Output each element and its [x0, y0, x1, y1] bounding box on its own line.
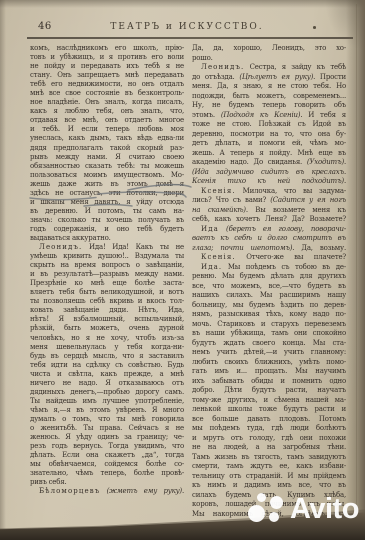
dialogue-text: добро. Дѣти будутъ расти, научатъ: [192, 386, 346, 394]
dialogue-text: жешь даже жить въ этомъ домѣ—я: [30, 180, 184, 188]
text-line: глаза; почти шепотомъ). Да, возьму.: [192, 244, 346, 254]
dialogue-text: товъ и убѣжищъ, и я противъ его воли: [30, 53, 184, 61]
dialogue-text: Ида! Ида! Какъ ты не: [82, 243, 184, 251]
text-line: тебя идти на сдѣлку съ совѣстью. Будь: [30, 361, 184, 370]
stage-direction: (Цѣлуетъ ея руку).: [239, 73, 315, 81]
text-line: себѣ, какъ хочетъ Леня? Да? Возьмете?: [192, 215, 346, 225]
text-line: и тебѣ. И если теперь любовь моя: [30, 125, 184, 134]
dialogue-text: тому-же другихъ, и сѣмена нашей ма-: [192, 396, 346, 404]
text-line: Ида (беретъ ея голову, поворачи-: [192, 225, 346, 235]
text-line: дядя предполагалъ такой скорый раз-: [30, 144, 184, 153]
text-line: скрыть на время вопросъ о завѣщаніи,: [30, 261, 184, 270]
dialogue-text: дядя предполагалъ такой скорый раз-: [30, 144, 184, 152]
stage-direction: (беретъ ея голову, поворачи-: [219, 225, 346, 233]
stage-direction: (Уходитъ).: [307, 158, 346, 166]
text-line: рѣзкій, быть можетъ, очень дурной: [30, 324, 184, 333]
dialogue-text: И тебя я: [302, 111, 346, 119]
text-line: не пойду и передавать ихъ тебѣ я не: [30, 62, 184, 71]
text-line: Ты найдешь имъ лучшее употребленіе,: [30, 397, 184, 406]
avito-logo-circle: [269, 512, 279, 522]
text-line: ничего не надо. Я отказываюсь отъ: [30, 379, 184, 388]
speaker-name: Бѣломорцевъ: [39, 487, 100, 495]
dialogue-text: Да, да, хорошо, Леонидъ, это хо-: [192, 44, 346, 52]
text-line: лись? Что съ вами? (Садится у ея ногъ: [192, 196, 346, 206]
text-line: ленькой школы тоже будутъ расти и: [192, 405, 346, 415]
dialogue-text: Ну, не будемъ теперь говорить объ: [192, 101, 346, 109]
text-line: подожди, быть можетъ, современемъ...: [192, 92, 346, 102]
dialogue-text: смерти, тамъ ждутъ ее, какъ избави-: [192, 462, 346, 470]
dialogue-text: ничего не надо. Я отказываюсь отъ: [30, 379, 184, 387]
dialogue-text: лись? Что съ вами?: [192, 196, 270, 204]
dialogue-text: чѣмъ я,—я въ этомъ увѣренъ. Я много: [30, 406, 184, 414]
text-line: гать имъ и... прощать. Мы научимъ: [192, 367, 346, 377]
speaker-name: Ида.: [201, 263, 222, 271]
dialogue-text: ное владѣніе. Онъ зналъ, когда писалъ,: [30, 98, 184, 106]
text-line: нямъ, разыскивая тѣхъ, кому надо по-: [192, 310, 346, 320]
dialogue-text: деревню, посмотри на то, что она бу-: [192, 130, 346, 138]
dialogue-text: въ деревню. И потомъ, ты самъ на-: [30, 207, 184, 215]
text-line: все больше давать плодовъ. Потомъ: [192, 415, 346, 425]
text-line: выдаваться аккуратно.: [30, 234, 184, 243]
dialogue-text: выдаваться аккуратно.: [30, 234, 111, 242]
text-line: все, что можемъ, все,—что будетъ въ: [192, 282, 346, 292]
dialogue-text: стану. Онъ запрещаетъ мнѣ передавать: [30, 71, 184, 79]
dialogue-text: тоже не стою. Поѣзжай съ Идой въ: [192, 120, 346, 128]
text-line: и мрутъ отъ голоду, гдѣ они похожи: [192, 434, 346, 444]
dialogue-text: въ наши убѣжища, тамъ они спокойно: [192, 329, 346, 337]
text-line: тебѣ его недвижимости, но онъ отдалъ: [30, 80, 184, 89]
dialogue-text: мнѣ все свое состояніе въ безконтроль-: [30, 89, 184, 97]
dialogue-text: ленькой школы тоже будутъ расти и: [192, 405, 346, 413]
text-line: стану. Онъ запрещаетъ мнѣ передавать: [30, 71, 184, 80]
speaker-name: Леонидъ.: [39, 243, 82, 251]
dialogue-text: не на людей, а на загробныя тѣни.: [192, 443, 346, 451]
text-line: жешь даже жить въ этомъ домѣ—я: [30, 180, 184, 189]
text-line: Леонидъ. Сестра, я зайду къ тебѣ: [192, 63, 346, 73]
text-line: мочь. Стариковъ и старухъ перевеземъ: [192, 320, 346, 330]
dialogue-text: все, что можемъ, все,—что будетъ въ: [192, 282, 346, 290]
dialogue-text: думалъ о томъ, что ты мнѣ говорила: [30, 415, 184, 423]
dialogue-text: больницу, мы будемъ ѣздить по дерев-: [192, 301, 346, 309]
dialogue-text: немъ учить дѣтей,—и учить главному:: [192, 348, 346, 356]
dialogue-text: годъ содержанія, и оно тебѣ будетъ: [30, 225, 184, 233]
text-line: Ксенія тихо къ ней подходитъ).: [192, 177, 346, 187]
text-line: будь въ сердцѣ мысль, что я заставилъ: [30, 352, 184, 361]
book-photo: 46 ТЕАТРЪ и ИСКУССТВО. комъ, наслѣдником…: [0, 0, 365, 540]
text-line: Ксенія. Милочка, что вы задума-: [192, 187, 346, 197]
text-line: деревню, посмотри на то, что она бу-: [192, 130, 346, 140]
text-line: и шкапы меня давятъ, я уйду отсюда: [30, 198, 184, 207]
speaker-name: Леонидъ.: [201, 63, 244, 71]
text-line: Ну, не будемъ теперь говорить объ: [192, 101, 346, 111]
text-line: добро. Дѣти будутъ расти, научатъ: [192, 386, 346, 396]
dialogue-text: нашихъ силахъ. Мы расширимъ нашу: [192, 291, 346, 299]
book-edge-right: [346, 0, 365, 540]
stage-direction: (Ида задумчиво сидитъ въ креслахъ.: [192, 168, 346, 176]
dialogue-text: чиста и свѣтла, какъ прежде, а мнѣ: [30, 370, 184, 378]
dialogue-text: до отъѣзда.: [192, 73, 239, 81]
dialogue-text: себѣ, какъ хочетъ Леня? Да? Возьмете?: [192, 215, 346, 223]
text-line: чѣмъ я,—я въ этомъ увѣренъ. Я много: [30, 406, 184, 415]
text-line: Да, да, хорошо, Леонидъ, это хо-: [192, 44, 346, 54]
text-line: больницу, мы будемъ ѣздить по дерев-: [192, 301, 346, 311]
dialogue-text: знательно, чѣмъ теперь, болѣе провѣ-: [30, 469, 184, 477]
dialogue-text: женюсь. Я уѣду одинъ за границу; че-: [30, 433, 184, 441]
dialogue-text: ковать завѣщаніе дяди. Нѣтъ, Ида,: [30, 306, 184, 314]
dialogue-text: и тебѣ. И если теперь любовь моя: [30, 125, 184, 133]
text-line: чиста и свѣтла, какъ прежде, а мнѣ: [30, 370, 184, 379]
stage-direction: глаза; почти шепотомъ).: [192, 244, 294, 252]
dialogue-text: Ты найдешь имъ лучшее употребленіе,: [30, 397, 184, 405]
text-line: жешь. А теперь я пойду. Мнѣ еще въ: [192, 149, 346, 159]
dialogue-text: дѣлать. Если она скажетъ „да“, тогда: [30, 451, 184, 459]
journal-title: ТЕАТРЪ и ИСКУССТВО.: [28, 22, 346, 32]
text-line: отдавая все мнѣ, онъ отдаетъ многое: [30, 116, 184, 125]
text-line: меня шевельнулась у тебя когда-ни-: [30, 343, 184, 352]
text-line: въ наши убѣжища, тамъ они спокойно: [192, 329, 346, 339]
text-line: мы обвѣнчаемся, сойдемся болѣе со-: [30, 460, 184, 469]
text-line: Презрѣніе ко мнѣ еще болѣе заста-: [30, 279, 184, 288]
text-line: ваетъ къ себѣ и долго смотритъ въ: [192, 234, 346, 244]
journal-page: 46 ТЕАТРЪ и ИСКУССТВО. комъ, наслѣдником…: [0, 0, 365, 540]
text-line: на скамейкѣ). Вы возьмете меня къ: [192, 206, 346, 216]
dialogue-text: мы поѣдемъ туда, гдѣ люди болѣютъ: [192, 424, 346, 432]
text-line: Тамъ жизнь въ тягость, тамъ завидуютъ: [192, 453, 346, 463]
dialogue-text: комъ, наслѣдникомъ его школъ, прію-: [30, 44, 184, 52]
text-line: тому-же другихъ, и сѣмена нашей ма-: [192, 396, 346, 406]
dialogue-text: резъ годъ вернусь. Тогда увидимъ, что: [30, 442, 184, 450]
text-line: любить своихъ ближнихъ, умѣть помо-: [192, 358, 346, 368]
text-line: пользоваться моимъ имуществомъ. Мо-: [30, 171, 184, 180]
avito-logo-icon: [247, 492, 287, 524]
dialogue-text: академію надо. До свиданья.: [192, 158, 307, 166]
page-shade-top: [0, 0, 365, 8]
text-line: академію надо. До свиданья. (Уходитъ).: [192, 158, 346, 168]
stage-direction: (Садится у ея ногъ: [270, 196, 346, 204]
page-header: 46 ТЕАТРЪ и ИСКУССТВО.: [28, 20, 346, 36]
stage-direction: Ксенія тихо къ ней подходитъ).: [192, 177, 346, 185]
text-line: тельницу отъ страданій. И мы прійдемъ: [192, 472, 346, 482]
dialogue-text: рывъ между нами. Я считаю своею: [30, 153, 184, 161]
dialogue-text: ты позволяешь себѣ вкривь и вкось тол-: [30, 297, 184, 305]
speaker-name: Ида: [201, 225, 219, 233]
avito-logo-circle: [257, 493, 266, 502]
text-line: обязанностью сказать тебѣ: ты можешь: [30, 162, 184, 171]
page-shade-left: [0, 0, 6, 540]
text-line: ковать завѣщаніе дяди. Нѣтъ, Ида,: [30, 306, 184, 315]
dialogue-text: будь въ сердцѣ мысль, что я заставилъ: [30, 352, 184, 360]
avito-logo-circle: [248, 505, 265, 522]
dialogue-text: Да, возьму.: [294, 244, 346, 252]
dialogue-text: вляетъ тебя быть великодушной, и вотъ: [30, 288, 184, 296]
dialogue-text: какъ я люблю тебя, онъ зналъ, что,: [30, 107, 184, 115]
dialogue-text: будутъ ждать своего конца. Мы ста-: [192, 339, 346, 347]
text-line: мнѣ все свое состояніе въ безконтроль-: [30, 89, 184, 98]
dialogue-text: Отчего-же вы плачете?: [236, 253, 346, 261]
dialogue-text: жешь. А теперь я пойду. Мнѣ еще въ: [192, 149, 346, 157]
text-line: дядиныхъ денегъ,—пробью дорогу самъ.: [30, 388, 184, 397]
avito-watermark: Avito: [247, 492, 359, 524]
dialogue-text: не пойду и передавать ихъ тебѣ я не: [30, 62, 184, 70]
text-line: ное владѣніе. Онъ зналъ, когда писалъ,: [30, 98, 184, 107]
dialogue-text: обязанностью сказать тебѣ: ты можешь: [30, 162, 184, 170]
left-column: комъ, наслѣдникомъ его школъ, прію-товъ …: [30, 44, 184, 496]
dialogue-text: тебѣ его недвижимости, но онъ отдалъ: [30, 80, 184, 88]
dialogue-text: подожди, быть можетъ, современемъ...: [192, 92, 346, 100]
speaker-name: Ксенія.: [201, 253, 236, 261]
text-line: ревню. Мы будемъ дѣлать для другихъ: [192, 272, 346, 282]
dialogue-text: Вы возьмете меня къ: [248, 206, 346, 214]
dialogue-text: тебя идти на сдѣлку съ совѣстью. Будь: [30, 361, 184, 369]
text-line: о женитьбѣ. Ты права. Сейчасъ я не: [30, 424, 184, 433]
text-line: резъ годъ вернусь. Тогда увидимъ, что: [30, 442, 184, 451]
dialogue-text: гать имъ и... прощать. Мы научимъ: [192, 367, 346, 375]
dialogue-text: рошо.: [192, 54, 213, 62]
text-line: Ксенія. Отчего-же вы плачете?: [192, 253, 346, 263]
dialogue-text: и мрутъ отъ голоду, гдѣ они похожи: [192, 434, 346, 442]
text-line: умѣешь кривить душою!.. Вздумала ты: [30, 252, 184, 261]
dialogue-text: дядиныхъ денегъ,—пробью дорогу самъ.: [30, 388, 184, 396]
dialogue-text: тельницу отъ страданій. И мы прійдемъ: [192, 472, 346, 480]
dialogue-text: Прости: [315, 73, 346, 81]
print-speck: [313, 26, 316, 29]
dialogue-text: Милочка, что вы задума-: [236, 187, 346, 195]
text-line: рывъ между нами. Я считаю своею: [30, 153, 184, 162]
dialogue-text: скрыть на время вопросъ о завѣщаніи,: [30, 261, 184, 269]
text-line: Леонидъ. Ида! Ида! Какъ ты не: [30, 243, 184, 252]
dialogue-text: унеслась, какъ дымъ, такъ вѣдь едва-ли: [30, 134, 184, 142]
dialogue-text: къ нимъ и дадимъ имъ все, что въ: [192, 481, 346, 489]
avito-watermark-text: Avito: [290, 494, 359, 524]
text-line: комъ, наслѣдникомъ его школъ, прію-: [30, 44, 184, 53]
text-line: унеслась, какъ дымъ, такъ вѣдь едва-ли: [30, 134, 184, 143]
dialogue-text: нѣтъ! Я взбалмошный, вспыльчивый,: [30, 315, 184, 323]
right-column: Да, да, хорошо, Леонидъ, это хо-рошо.Лео…: [192, 44, 346, 519]
text-line: значь: сколько ты хочешь получать въ: [30, 216, 184, 225]
dialogue-text: значь: сколько ты хочешь получать въ: [30, 216, 184, 224]
dialogue-text: Тамъ жизнь въ тягость, тамъ завидуютъ: [192, 453, 346, 461]
dialogue-text: и шкапы меня давятъ, я уйду отсюда: [30, 198, 184, 206]
text-line: будутъ ждать своего конца. Мы ста-: [192, 339, 346, 349]
dialogue-text: ихъ забывать обиды и помнить одно: [192, 377, 346, 385]
text-line: Ида. Мы поѣдемъ съ тобою въ де-: [192, 263, 346, 273]
text-line: женюсь. Я уѣду одинъ за границу; че-: [30, 433, 184, 442]
dialogue-text: отдавая все мнѣ, онъ отдаетъ многое: [30, 116, 184, 124]
text-line: годъ содержанія, и оно тебѣ будетъ: [30, 225, 184, 234]
dialogue-text: меня. Да, я знаю, я не стою тебя. Но: [192, 82, 346, 90]
dialogue-text: детъ дѣлать, и помоги ей, чѣмъ мо-: [192, 139, 346, 147]
text-line: въ деревню. И потомъ, ты самъ на-: [30, 207, 184, 216]
text-line: ихъ забывать обиды и помнить одно: [192, 377, 346, 387]
dialogue-text: мочь. Стариковъ и старухъ перевеземъ: [192, 320, 346, 328]
stage-direction: ваетъ къ себѣ и долго смотритъ въ: [192, 234, 346, 242]
text-line: думалъ о томъ, что ты мнѣ говорила: [30, 415, 184, 424]
text-line: къ нимъ и дадимъ имъ все, что въ: [192, 481, 346, 491]
text-line: нашихъ силахъ. Мы расширимъ нашу: [192, 291, 346, 301]
dialogue-text: пользоваться моимъ имуществомъ. Мо-: [30, 171, 184, 179]
text-line: товъ и убѣжищъ, и я противъ его воли: [30, 53, 184, 62]
dialogue-text: этомъ.: [192, 111, 221, 119]
text-line: дѣлать. Если она скажетъ „да“, тогда: [30, 451, 184, 460]
dialogue-text: ривъ себя.: [30, 478, 67, 486]
speaker-name: Ксенія.: [201, 187, 236, 195]
text-line: ривъ себя.: [30, 478, 184, 487]
text-line: знательно, чѣмъ теперь, болѣе провѣ-: [30, 469, 184, 478]
text-line: ты позволяешь себѣ вкривь и вкось тол-: [30, 297, 184, 306]
text-line: человѣкъ, но я не хочу, чтобъ изъ-за: [30, 334, 184, 343]
dialogue-text: любить своихъ ближнихъ, умѣть помо-: [192, 358, 346, 366]
header-rule: [27, 37, 353, 39]
dialogue-text: о женитьбѣ. Ты права. Сейчасъ я не: [30, 424, 184, 432]
text-line: до отъѣзда. (Цѣлуетъ ея руку). Прости: [192, 73, 346, 83]
dialogue-text: Презрѣніе ко мнѣ еще болѣе заста-: [30, 279, 184, 287]
dialogue-text: человѣкъ, но я не хочу, чтобъ изъ-за: [30, 334, 184, 342]
text-line: и въ результатѣ—разрывъ между нами.: [30, 270, 184, 279]
stage-direction: на скамейкѣ).: [192, 206, 248, 214]
dialogue-text: ревню. Мы будемъ дѣлать для другихъ: [192, 272, 346, 280]
text-line: детъ дѣлать, и помоги ей, чѣмъ мо-: [192, 139, 346, 149]
text-line: немъ учить дѣтей,—и учить главному:: [192, 348, 346, 358]
text-line: вляетъ тебя быть великодушной, и вотъ: [30, 288, 184, 297]
dialogue-text: и въ результатѣ—разрывъ между нами.: [30, 270, 184, 278]
dialogue-text: меня шевельнулась у тебя когда-ни-: [30, 343, 184, 351]
text-line: (Ида задумчиво сидитъ въ креслахъ.: [192, 168, 346, 178]
text-line: тоже не стою. Поѣзжай съ Идой въ: [192, 120, 346, 130]
text-line: Бѣломорцевъ (жметъ ему руку).: [30, 487, 184, 496]
dialogue-text: Мы поѣдемъ съ тобою въ де-: [222, 263, 346, 271]
text-line: этомъ. (Подходя къ Ксеніи). И тебя я: [192, 111, 346, 121]
dialogue-text: Сестра, я зайду къ тебѣ: [244, 63, 346, 71]
text-line: не на людей, а на загробныя тѣни.: [192, 443, 346, 453]
dialogue-text: умѣешь кривить душою!.. Вздумала ты: [30, 252, 184, 260]
text-line: здѣсь не останусь, эти потолки, двери: [30, 189, 184, 198]
dialogue-text: мы обвѣнчаемся, сойдемся болѣе со-: [30, 460, 184, 468]
text-line: какъ я люблю тебя, онъ зналъ, что,: [30, 107, 184, 116]
text-line: нѣтъ! Я взбалмошный, вспыльчивый,: [30, 315, 184, 324]
dialogue-text: все больше давать плодовъ. Потомъ: [192, 415, 346, 423]
text-line: рошо.: [192, 54, 346, 64]
stage-direction: (Подходя къ Ксеніи).: [221, 111, 303, 119]
stage-direction: (жметъ ему руку).: [100, 487, 184, 495]
dialogue-text: нямъ, разыскивая тѣхъ, кому надо по-: [192, 310, 346, 318]
text-line: мы поѣдемъ туда, гдѣ люди болѣютъ: [192, 424, 346, 434]
avito-logo-circle: [270, 496, 283, 509]
dialogue-text: здѣсь не останусь, эти потолки, двери: [30, 189, 184, 197]
text-line: меня. Да, я знаю, я не стою тебя. Но: [192, 82, 346, 92]
text-line: смерти, тамъ ждутъ ее, какъ избави-: [192, 462, 346, 472]
dialogue-text: рѣзкій, быть можетъ, очень дурной: [30, 324, 184, 332]
